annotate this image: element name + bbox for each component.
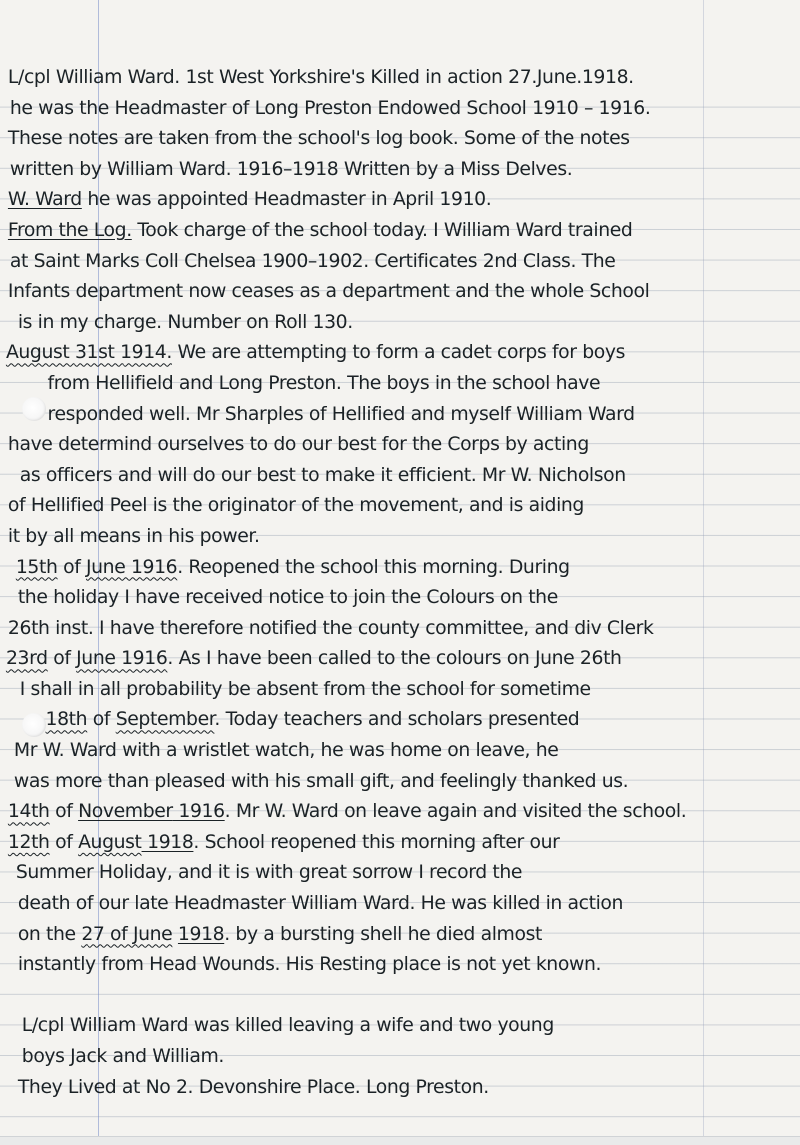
line-text: responded well. Mr Sharples of Hellified…	[48, 403, 635, 425]
underlined-date-text: September	[116, 708, 215, 730]
underlined-date-text: 12th	[8, 831, 50, 853]
line-text: . School reopened this morning after our	[193, 831, 559, 853]
text-line: They Lived at No 2. Devonshire Place. Lo…	[0, 1072, 792, 1103]
underlined-date-text: W. Ward	[8, 188, 82, 210]
line-text: of Hellified Peel is the originator of t…	[8, 494, 584, 516]
line-text: on the	[18, 923, 81, 945]
text-line: Summer Holiday, and it is with great sor…	[0, 857, 792, 888]
line-text: the holiday I have received notice to jo…	[18, 586, 558, 608]
text-line: instantly from Head Wounds. His Resting …	[0, 949, 792, 980]
text-line: death of our late Headmaster William War…	[0, 888, 792, 919]
line-text: of	[87, 708, 116, 730]
line-text: L/cpl William Ward. 1st West Yorkshire's…	[8, 66, 634, 88]
text-line: August 31st 1914. We are attempting to f…	[0, 337, 792, 368]
text-line: 26th inst. I have therefore notified the…	[0, 613, 792, 644]
line-text: instantly from Head Wounds. His Resting …	[18, 953, 601, 975]
line-text: . Today teachers and scholars presented	[214, 708, 579, 730]
line-text: was more than pleased with his small gif…	[14, 770, 628, 792]
text-line: the holiday I have received notice to jo…	[0, 582, 792, 613]
line-text: I shall in all probability be absent fro…	[20, 678, 591, 700]
underlined-date-text: 1918	[178, 923, 224, 945]
text-line: is in my charge. Number on Roll 130.	[0, 307, 792, 338]
text-line: From the Log. Took charge of the school …	[0, 215, 792, 246]
text-line: of Hellified Peel is the originator of t…	[0, 490, 792, 521]
underlined-date-text: From the Log.	[8, 219, 132, 241]
text-line: from Hellifield and Long Preston. The bo…	[0, 368, 792, 399]
line-text: . Reopened the school this morning. Duri…	[177, 556, 569, 578]
blank-line	[0, 980, 800, 1011]
line-text: . As I have been called to the colours o…	[167, 647, 621, 669]
line-text: . by a bursting shell he died almost	[224, 923, 542, 945]
underlined-date-text: August 31st 1914.	[6, 341, 172, 363]
text-line: responded well. Mr Sharples of Hellified…	[0, 399, 792, 430]
underlined-date-text: 18th	[46, 708, 88, 730]
text-line: at Saint Marks Coll Chelsea 1900–1902. C…	[0, 246, 792, 277]
text-line: Infants department now ceases as a depar…	[0, 276, 792, 307]
line-text: They Lived at No 2. Devonshire Place. Lo…	[18, 1076, 489, 1098]
line-text: of	[48, 647, 77, 669]
line-text: Summer Holiday, and it is with great sor…	[16, 861, 522, 883]
line-text: have determind ourselves to do our best …	[8, 433, 589, 455]
line-text: from Hellifield and Long Preston. The bo…	[48, 372, 601, 394]
text-line: 14th of November 1916. Mr W. Ward on lea…	[0, 796, 792, 827]
text-line: boys Jack and William.	[0, 1041, 792, 1072]
underlined-date-text: August	[78, 831, 141, 853]
text-line: L/cpl William Ward. 1st West Yorkshire's…	[0, 62, 792, 93]
text-line: 23rd of June 1916. As I have been called…	[0, 643, 792, 674]
line-text: at Saint Marks Coll Chelsea 1900–1902. C…	[10, 250, 616, 272]
text-line: These notes are taken from the school's …	[0, 123, 792, 154]
text-line: he was the Headmaster of Long Preston En…	[0, 93, 792, 124]
line-text: as officers and will do our best to make…	[20, 464, 626, 486]
line-text: L/cpl William Ward was killed leaving a …	[22, 1014, 554, 1036]
line-text: of	[50, 831, 79, 853]
text-line: W. Ward he was appointed Headmaster in A…	[0, 184, 792, 215]
text-line: 18th of September. Today teachers and sc…	[0, 704, 792, 735]
lined-paper-sheet: L/cpl William Ward. 1st West Yorkshire's…	[0, 0, 800, 1136]
line-text: Took charge of the school today. I Willi…	[132, 219, 633, 241]
text-line: I shall in all probability be absent fro…	[0, 674, 792, 705]
underlined-date-text: November	[78, 800, 173, 822]
line-text: he was appointed Headmaster in April 191…	[82, 188, 491, 210]
line-text: death of our late Headmaster William War…	[18, 892, 623, 914]
text-line: written by William Ward. 1916–1918 Writt…	[0, 154, 792, 185]
line-text: is in my charge. Number on Roll 130.	[18, 311, 353, 333]
underlined-date-text: June 1916	[76, 647, 167, 669]
line-text: . Mr W. Ward on leave again and visited …	[225, 800, 687, 822]
underlined-date-text: 1918	[142, 831, 194, 853]
text-line: was more than pleased with his small gif…	[0, 766, 792, 797]
line-text: of	[57, 556, 86, 578]
line-text: Mr W. Ward with a wristlet watch, he was…	[14, 739, 559, 761]
line-text: These notes are taken from the school's …	[8, 127, 630, 149]
line-text: Infants department now ceases as a depar…	[8, 280, 650, 302]
text-line: Mr W. Ward with a wristlet watch, he was…	[0, 735, 792, 766]
line-text: it by all means in his power.	[8, 525, 260, 547]
underlined-date-text: 14th	[8, 800, 50, 822]
underlined-date-text: 27 of June	[81, 923, 172, 945]
underlined-date-text: 1916	[173, 800, 225, 822]
text-line: on the 27 of June 1918. by a bursting sh…	[0, 919, 792, 950]
line-text: of	[50, 800, 79, 822]
text-line: as officers and will do our best to make…	[0, 460, 792, 491]
text-line: L/cpl William Ward was killed leaving a …	[0, 1010, 792, 1041]
line-text: 26th inst. I have therefore notified the…	[8, 617, 654, 639]
underlined-date-text: 23rd	[6, 647, 48, 669]
text-line: 15th of June 1916. Reopened the school t…	[0, 552, 792, 583]
text-line: it by all means in his power.	[0, 521, 792, 552]
handwritten-text-body: L/cpl William Ward. 1st West Yorkshire's…	[0, 62, 800, 1102]
line-text: We are attempting to form a cadet corps …	[172, 341, 625, 363]
text-line: have determind ourselves to do our best …	[0, 429, 792, 460]
text-line: 12th of August 1918. School reopened thi…	[0, 827, 792, 858]
line-text: boys Jack and William.	[22, 1045, 224, 1067]
line-text: he was the Headmaster of Long Preston En…	[10, 97, 651, 119]
underlined-date-text: 15th	[16, 556, 58, 578]
line-text: written by William Ward. 1916–1918 Writt…	[10, 158, 572, 180]
underlined-date-text: June 1916	[86, 556, 177, 578]
